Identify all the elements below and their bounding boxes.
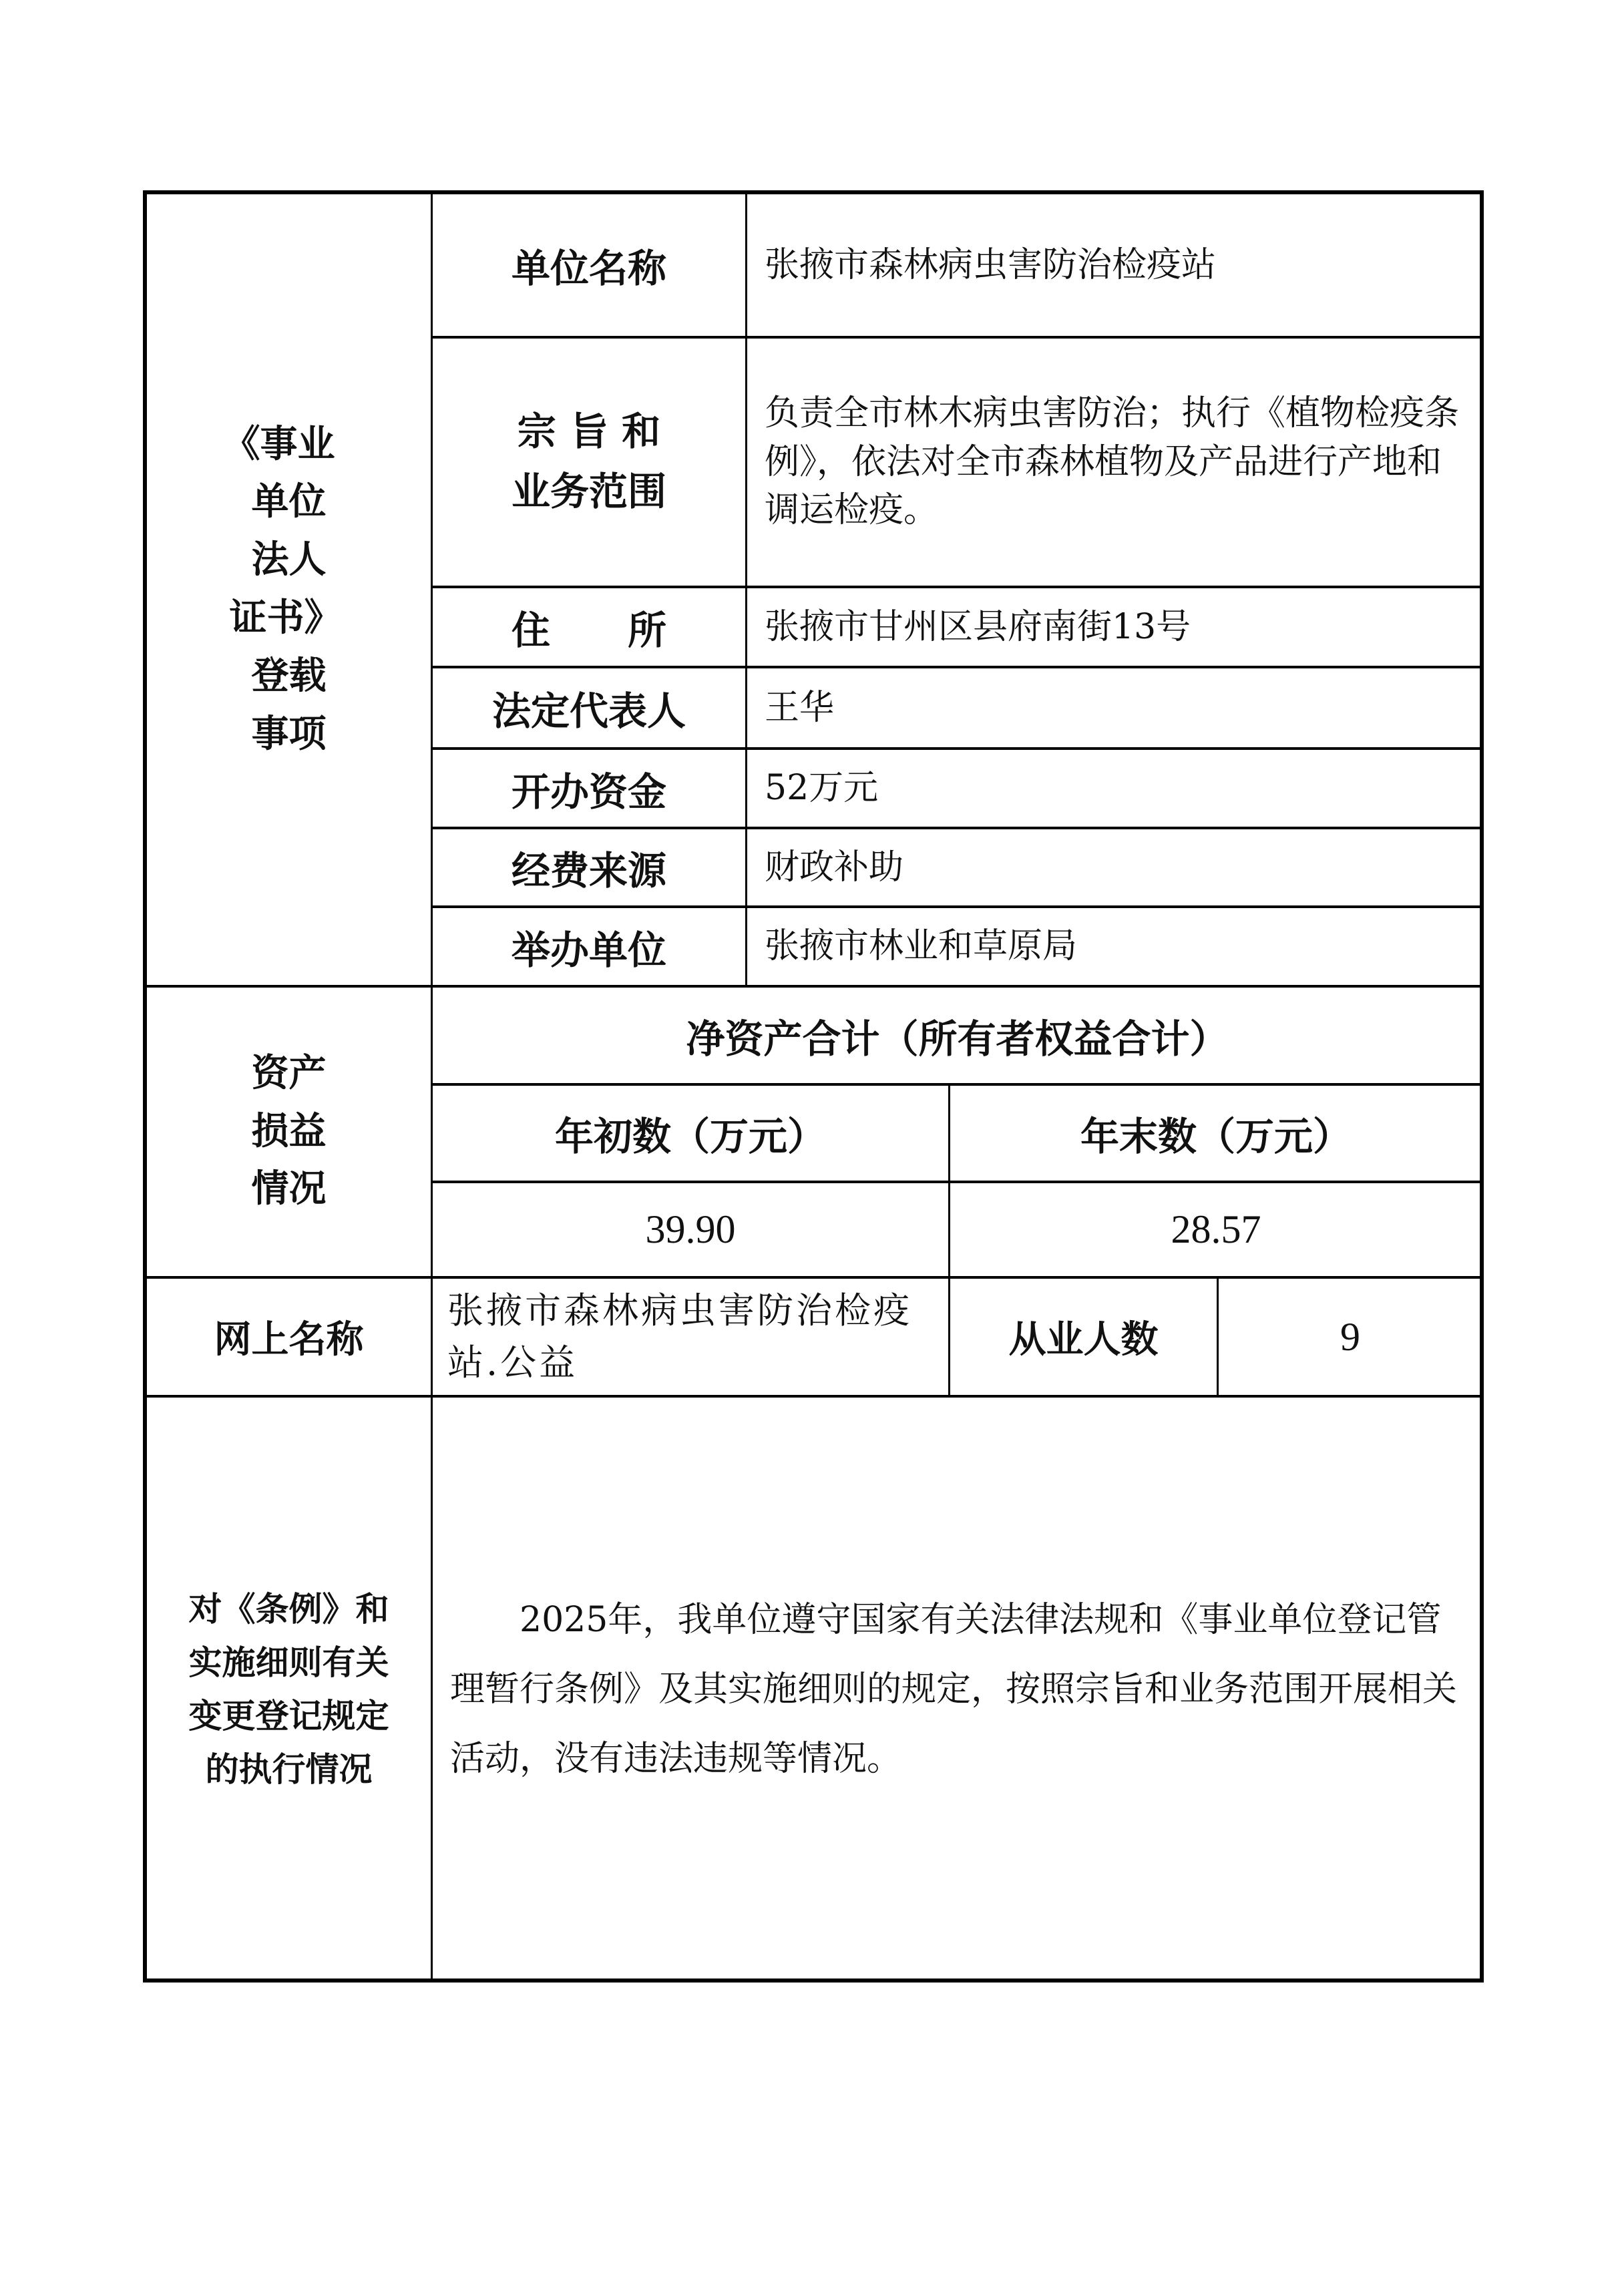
capital-label: 开办资金 (433, 750, 745, 827)
label-text: 法定代表人 (492, 680, 686, 736)
compliance-text: 2025年，我单位遵守国家有关法律法规和《事业单位登记管理暂行条例》及其实施细则… (433, 1398, 1482, 1981)
label-text: 网上名称 (214, 1310, 364, 1364)
label-line: 单位 (252, 473, 327, 532)
certificate-section-label: 《事业 单位 法人 证书》 登载 事项 (147, 194, 431, 985)
purpose-scope-label: 宗 旨 和 业务范围 (433, 339, 745, 586)
unit-name-label: 单位名称 (433, 194, 745, 336)
value-text: 王华 (765, 684, 834, 731)
label-text: 单位名称 (512, 237, 666, 293)
unit-name-value: 张掖市森林病虫害防治检疫站 (747, 194, 1482, 336)
label-line: 法人 (252, 532, 327, 590)
label-text: 举办单位 (512, 919, 666, 975)
label-line: 的执行情况 (206, 1743, 373, 1796)
value-text: 张掖市森林病虫害防治检疫站.公益 (447, 1285, 936, 1390)
label-line: 登载 (252, 648, 327, 706)
value-text: 9 (1340, 1314, 1360, 1360)
header-text: 年初数（万元） (555, 1105, 826, 1161)
assets-section-label: 资产 损益 情况 (147, 988, 431, 1276)
label-text: 从业人数 (1009, 1310, 1159, 1364)
funding-source-label: 经费来源 (433, 829, 745, 905)
value-text: 52万元 (765, 765, 878, 811)
end-year-value: 28.57 (950, 1183, 1482, 1276)
sponsor-value: 张掖市林业和草原局 (747, 908, 1482, 985)
staff-count-label: 从业人数 (950, 1279, 1217, 1395)
begin-year-header: 年初数（万元） (433, 1086, 948, 1181)
label-line: 《事业 (223, 416, 335, 474)
document-page: 《事业 单位 法人 证书》 登载 事项 单位名称 张掖市森林病虫害防治检疫站 宗… (0, 0, 1624, 2291)
label-line: 业务范围 (512, 462, 666, 522)
value-text: 39.90 (646, 1207, 736, 1253)
label-line: 事项 (252, 706, 327, 764)
sponsor-label: 举办单位 (433, 908, 745, 985)
label-line: 实施细则有关 (189, 1636, 389, 1689)
end-year-header: 年末数（万元） (950, 1086, 1482, 1181)
legal-rep-label: 法定代表人 (433, 668, 745, 747)
online-name-label: 网上名称 (147, 1279, 431, 1395)
address-label: 住 所 (433, 588, 745, 666)
legal-rep-value: 王华 (747, 668, 1482, 747)
label-line: 宗 旨 和 (518, 402, 660, 462)
label-text: 住 所 (512, 599, 666, 655)
capital-value: 52万元 (747, 750, 1482, 827)
compliance-label: 对《条例》和 实施细则有关 变更登记规定 的执行情况 (147, 1398, 431, 1981)
value-text: 张掖市甘州区县府南街13号 (765, 604, 1191, 650)
purpose-scope-value: 负责全市林木病虫害防治；执行《植物检疫条例》，依法对全市森林植物及产品进行产地和… (747, 339, 1482, 586)
value-text: 财政补助 (765, 844, 903, 891)
label-line: 损益 (252, 1103, 327, 1161)
header-text: 年末数（万元） (1080, 1105, 1352, 1161)
header-text: 净资产合计（所有者权益合计） (686, 1008, 1228, 1064)
paragraph: 2025年，我单位遵守国家有关法律法规和《事业单位登记管理暂行条例》及其实施细则… (450, 1585, 1466, 1794)
label-line: 对《条例》和 (189, 1583, 389, 1636)
label-line: 情况 (252, 1161, 327, 1219)
value-text: 28.57 (1171, 1207, 1261, 1253)
value-text: 张掖市森林病虫害防治检疫站 (765, 242, 1216, 288)
begin-year-value: 39.90 (433, 1183, 948, 1276)
net-assets-header: 净资产合计（所有者权益合计） (433, 988, 1482, 1083)
funding-source-value: 财政补助 (747, 829, 1482, 905)
label-line: 变更登记规定 (189, 1689, 389, 1743)
value-text: 张掖市林业和草原局 (765, 923, 1077, 970)
label-line: 证书》 (230, 590, 342, 648)
address-value: 张掖市甘州区县府南街13号 (747, 588, 1482, 666)
label-text: 经费来源 (512, 839, 666, 895)
online-name-value: 张掖市森林病虫害防治检疫站.公益 (433, 1279, 948, 1395)
value-text: 负责全市林木病虫害防治；执行《植物检疫条例》，依法对全市森林植物及产品进行产地和… (765, 389, 1468, 535)
label-line: 资产 (252, 1045, 327, 1103)
staff-count-value: 9 (1219, 1279, 1482, 1395)
label-text: 开办资金 (512, 761, 666, 817)
